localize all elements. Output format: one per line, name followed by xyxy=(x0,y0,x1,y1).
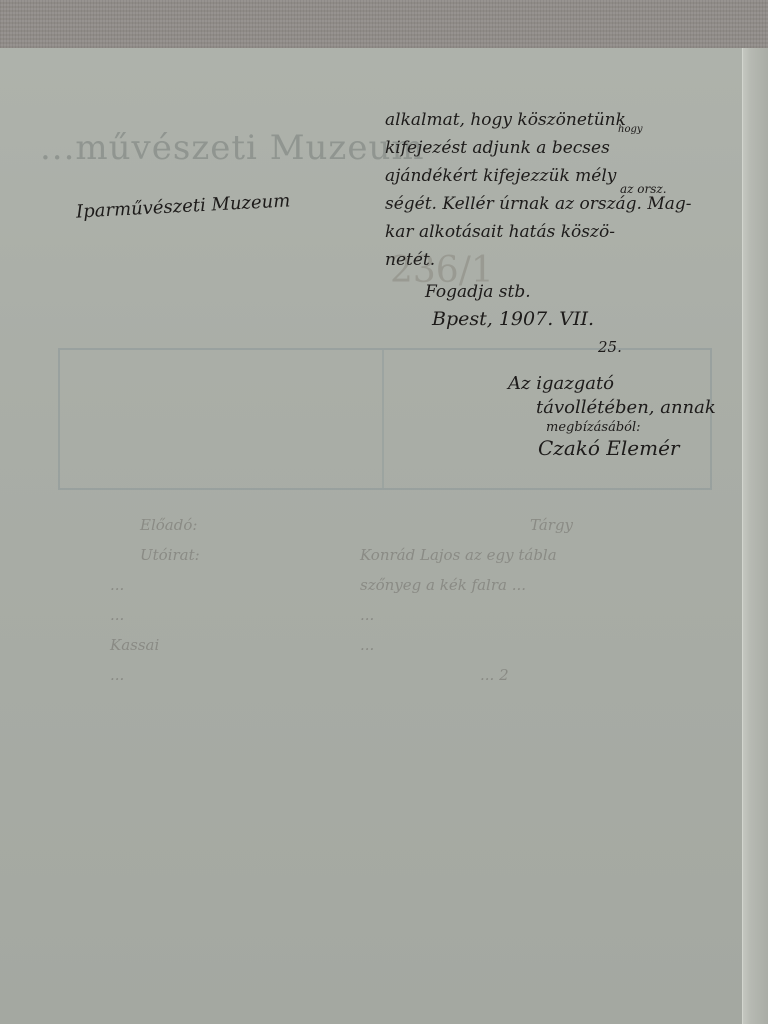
bleed-through-bottom-text xyxy=(20,820,25,846)
ghost-line: Előadó: xyxy=(110,510,200,540)
bleed-through-left-text: Előadó: Utóirat: ... ... Kassai ... xyxy=(110,510,200,690)
insertion-hogy: hogy xyxy=(618,124,643,135)
signature-title: Az igazgató xyxy=(508,372,716,396)
ghost-line: ... 2 xyxy=(360,660,573,690)
place-date: Bpest, 1907. VII. xyxy=(432,308,594,330)
signature-absence: távollétében, annak xyxy=(536,396,716,420)
signature-block: Az igazgató távollétében, annak megbízás… xyxy=(508,372,716,460)
ghost-line: Utóirat: xyxy=(110,540,200,570)
paper-folded-edge xyxy=(742,48,768,1024)
body-line-6: netét. xyxy=(385,246,692,274)
ghost-line: szőnyeg a kék falra ... xyxy=(360,570,573,600)
ghost-line: ... xyxy=(110,570,200,600)
signature-mandate: megbízásából: xyxy=(546,420,716,436)
insertion-orszag: az orsz. xyxy=(620,182,667,196)
ghost-line: ... xyxy=(110,660,200,690)
body-line-5: kar alkotásait hatás köszö- xyxy=(385,218,692,246)
ghost-line: ... xyxy=(110,600,200,630)
form-box-divider xyxy=(382,350,384,488)
bleed-through-right-text: Tárgy Konrád Lajos az egy tábla szőnyeg … xyxy=(360,510,573,690)
ghost-line: Konrád Lajos az egy tábla xyxy=(360,540,573,570)
ghost-line: ... xyxy=(360,600,573,630)
body-line-1: alkalmat, hogy köszönetünk xyxy=(385,106,692,134)
ghost-line: Tárgy xyxy=(360,510,573,540)
signature-name: Czakó Elemér xyxy=(538,436,716,460)
date-day: 25. xyxy=(598,338,622,356)
ghost-line: ... xyxy=(360,630,573,660)
ghost-line: Kassai xyxy=(110,630,200,660)
body-line-2: kifejezést adjunk a becses xyxy=(385,134,692,162)
bleed-through-title: ...művészeti Muzeum xyxy=(40,128,425,168)
closing-formula: Fogadja stb. xyxy=(425,282,531,302)
